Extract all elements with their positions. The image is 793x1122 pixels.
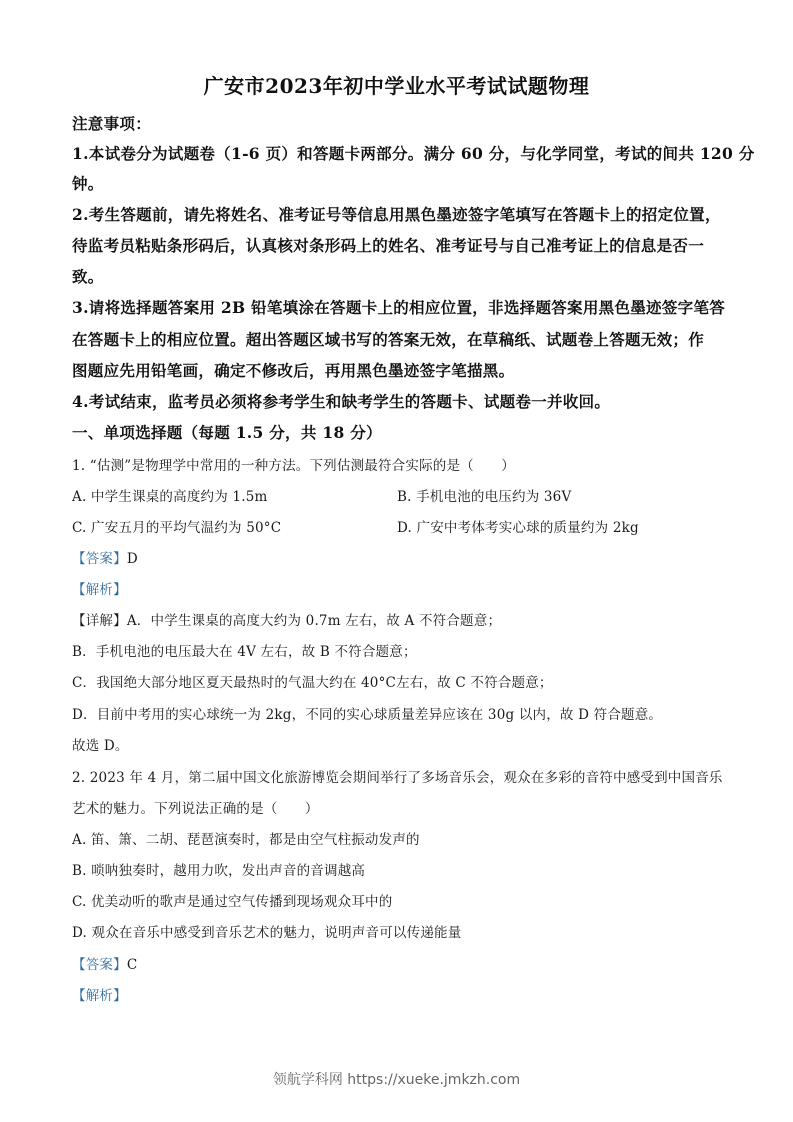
q2-analysis-tag: 【解析】 — [72, 984, 127, 1004]
q1-option-d: D. 广安中考体考实心球的质量约为 2kg — [397, 516, 639, 536]
notice-line-3-cont: 在答题卡上的相应位置。超出答题区域书写的答案无效，在草稿纸、试题卷上答题无效；作 — [72, 328, 704, 350]
section-heading: 一、单项选择题（每题 1.5 分，共 18 分） — [72, 421, 382, 443]
q1-options-row-1: A. 中学生课桌的高度约为 1.5m B. 手机电池的电压约为 36V — [72, 485, 722, 505]
q2-stem-line-1: 2. 2023 年 4 月，第二届中国文化旅游博览会期间举行了多场音乐会，观众在… — [72, 766, 723, 786]
notice-heading: 注意事项： — [72, 112, 151, 134]
q1-conclusion: 故选 D。 — [72, 734, 129, 754]
q2-answer: 【答案】C — [72, 953, 137, 973]
document-title: 广安市2023年初中学业水平考试试题物理 — [0, 70, 793, 99]
q1-stem: 1. “估测”是物理学中常用的一种方法。下列估测最符合实际的是（ ） — [72, 454, 515, 474]
notice-line-2: 2.考生答题前，请先将姓名、准考证号等信息用黑色墨迹签字笔填写在答题卡上的招定位… — [72, 203, 721, 225]
q1-analysis-tag: 【解析】 — [72, 578, 127, 598]
notice-line-3-end: 图题应先用铅笔画，确定不修改后，再用黑色墨迹签字笔描黑。 — [72, 359, 514, 381]
q1-option-c: C. 广安五月的平均气温约为 50°C — [72, 520, 281, 536]
document-page: 广安市2023年初中学业水平考试试题物理 注意事项： 1.本试卷分为试题卷（1-… — [0, 0, 793, 1122]
q1-detail-b: B．手机电池的电压最大在 4V 左右，故 B 不符合题意； — [72, 640, 417, 660]
answer-tag: 【答案】 — [72, 957, 127, 973]
q2-option-b: B. 唢呐独奏时，越用力吹，发出声音的音调越高 — [72, 859, 365, 879]
q2-option-a: A. 笛、箫、二胡、琵琶演奏时，都是由空气柱振动发声的 — [72, 828, 420, 848]
notice-line-1-cont: 钟。 — [72, 172, 104, 194]
answer-tag: 【答案】 — [72, 551, 127, 567]
notice-line-1: 1.本试卷分为试题卷（1-6 页）和答题卡两部分。满分 60 分，与化学同堂，考… — [72, 142, 755, 164]
notice-line-2-end: 致。 — [72, 265, 104, 287]
notice-line-4: 4.考试结束，监考员必须将参考学生和缺考学生的答题卡、试题卷一并收回。 — [72, 390, 610, 412]
q2-option-d: D. 观众在音乐中感受到音乐艺术的魅力，说明声音可以传递能量 — [72, 921, 461, 941]
footer-watermark: 领航学科网 https://xueke.jmkzh.com — [0, 1069, 793, 1089]
q1-detail-d: D．目前中考用的实心球统一为 2kg，不同的实心球质量差异应该在 30g 以内，… — [72, 703, 662, 723]
notice-line-2-cont: 待监考员粘贴条形码后，认真核对条形码上的姓名、准考证号与自己准考证上的信息是否一 — [72, 234, 704, 256]
q2-option-c: C. 优美动听的歌声是通过空气传播到现场观众耳中的 — [72, 890, 392, 910]
q2-stem-line-2: 艺术的魅力。下列说法正确的是（ ） — [72, 797, 319, 817]
q1-option-a: A. 中学生课桌的高度约为 1.5m — [72, 489, 268, 505]
q1-answer-value: D — [127, 551, 138, 567]
detail-tag: 【详解】 — [72, 613, 127, 629]
q1-answer: 【答案】D — [72, 547, 138, 567]
q1-detail-a-text: A．中学生课桌的高度大约为 0.7m 左右，故 A 不符合题意； — [127, 613, 501, 629]
notice-line-3: 3.请将选择题答案用 2B 铅笔填涂在答题卡上的相应位置，非选择题答案用黑色墨迹… — [72, 296, 725, 318]
q1-option-b: B. 手机电池的电压约为 36V — [397, 485, 571, 505]
q1-options-row-2: C. 广安五月的平均气温约为 50°C D. 广安中考体考实心球的质量约为 2k… — [72, 516, 722, 536]
q2-answer-value: C — [127, 957, 138, 973]
q1-detail-c: C．我国绝大部分地区夏天最热时的气温大约在 40°C左右，故 C 不符合题意； — [72, 671, 553, 691]
q1-detail-a: 【详解】A．中学生课桌的高度大约为 0.7m 左右，故 A 不符合题意； — [72, 609, 501, 629]
